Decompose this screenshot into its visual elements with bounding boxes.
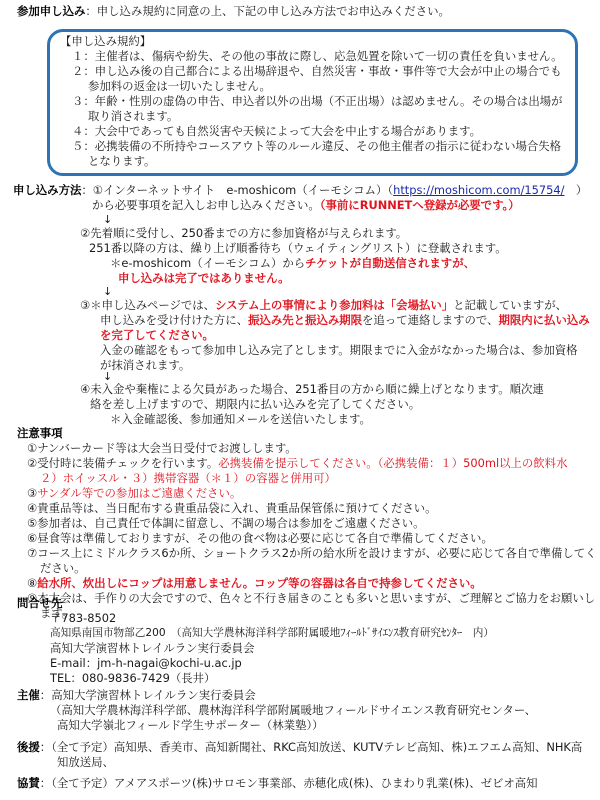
arrow-down-icon: ↓: [103, 284, 112, 299]
organizer-line1: 主催：高知大学演習林トレイルラン実行委員会: [17, 688, 256, 703]
note-9: ⑨本大会は、手作りの大会ですので、色々と不行き届きのことも多いと思いますが、ご理…: [27, 591, 595, 606]
application-line: 参加申し込み：申し込み規約に同意の上、下記の申し込み方法でお申込みください。: [17, 4, 450, 19]
terms-item-2-cont: 参加料の返金は一切いたしません。: [88, 79, 271, 94]
notes-title: 注意事項: [17, 426, 63, 441]
method-step3-line1: ③＊申し込みページでは、システム上の事情により参加料は「会場払い」と記載していま…: [80, 298, 567, 313]
method-step2-line1: ②先着順に受付し、250番までの方に参加資格が与えられます。: [80, 226, 407, 241]
note-1: ①ナンバーカード等は大会当日受付でお渡しします。: [27, 441, 297, 456]
terms-item-5-cont: となります。: [88, 154, 155, 169]
organizer-line2: （高知大学農林海洋科学部、農林海洋科学部附属暖地フィールドサイエンス教育研究セン…: [50, 703, 536, 718]
method-step3-line5: が抹消されます。: [100, 358, 190, 373]
note-3: ③サンダル等での参加はご遠慮ください。: [27, 486, 241, 501]
method-step2-line2: 251番以降の方は、繰り上げ順番待ち（ウェイティングリスト）に登載されます。: [89, 241, 507, 256]
terms-item-1: １：主催者は、傷病や紛失、その他の事故に際し、応急処置を除いて一切の責任を負いま…: [72, 49, 563, 64]
note-5: ⑤参加者は、自己責任で体調に留意し、不調の場合は参加をご遠慮ください。: [27, 516, 425, 531]
method-step2-line4: 申し込みは完了ではありません。: [118, 271, 290, 286]
note-7-cont: ださい。: [40, 561, 86, 576]
sponsor-line: 協賛：（全て予定）アメアスポーツ(株)サロモン事業部、赤穂化成(株)、ひまわり乳…: [17, 776, 538, 791]
terms-item-4-line: ４：大会中であっても自然災害や天候によって大会を中止する場合があります。: [72, 124, 481, 139]
terms-item-3-cont: 取り消されます。: [88, 109, 178, 124]
runnet-notice: （事前にRUNNETへ登録が必要です。）: [320, 198, 520, 212]
note-2-cont: ２）ホイッスル・３）携帯容器（＊１）の容器と併用可）: [40, 471, 336, 486]
note-6: ⑥昼食等は準備しておりますが、その他の食べ物は必要に応じて各自で準備してください…: [27, 531, 493, 546]
method-step3-line4: 入金の確認をもって参加申し込み完了とします。期限までに入金がなかった場合は、参加…: [100, 343, 578, 358]
note-2: ②受付時に装備チェックを行います。必携装備を提示してください。（必携装備：１）5…: [27, 456, 567, 471]
contact-postal: 〒783-8502: [50, 611, 116, 626]
method-step3-line3: を完了してください。: [100, 328, 214, 343]
note-8: ⑧給水所、炊出しにコップは用意しません。コップ等の容器は各自で持参してください。: [27, 576, 482, 591]
support-line2: 知放送局、: [57, 755, 114, 770]
note-4: ④貴重品等は、当日配布する貴重品袋に入れ、貴重品保管係に預けてください。: [27, 501, 437, 516]
method-step4-line2: 絡を差し上げますので、期限内に払い込みを完了してください。: [90, 397, 420, 412]
contact-email[interactable]: E-mail：jm-h-nagai@kochi-u.ac.jp: [50, 656, 242, 671]
application-text: ：申し込み規約に同意の上、下記の申し込み方法でお申込みください。: [85, 4, 450, 18]
note-7: ⑦コース上にミドルクラス6か所、ショートクラス2か所の給水所を設けますが、必要に…: [27, 546, 597, 561]
method-label: 申し込み方法: [13, 183, 81, 197]
contact-tel: TEL：080-9836-7429（長井）: [50, 671, 215, 686]
arrow-down-icon: ↓: [103, 212, 112, 227]
moshicom-link[interactable]: https://moshicom.com/15754/: [393, 183, 564, 197]
terms-title: 【申し込み規約】: [60, 34, 151, 49]
method-step1-line2: から必要事項を記入しお申し込みください。（事前にRUNNETへ登録が必要です。）: [92, 198, 520, 213]
terms-item-2: ２：申し込み後の自己都合による出場辞退や、自然災害・事故・事件等で大会が中止の場…: [72, 64, 562, 79]
method-step1: 申し込み方法：①インターネットサイト e-moshicom（イーモシコム）（ht…: [13, 183, 587, 198]
method-step3-line2: 申し込みを受け付けた方に、振込み先と振込み期限を追って連絡しますので、期限内に払…: [100, 313, 590, 328]
terms-item-5: ５：必携装備の不所持やコースアウト等のルール違反、その他主催者の指示に従わない場…: [72, 139, 561, 154]
terms-item-3: ３：年齢・性別の虚偽の申告、申込者以外の出場（不正出場）は認めません。その場合は…: [72, 94, 563, 109]
contact-title: 問合せ先: [17, 596, 63, 611]
method-step4-line1: ④未入金や棄権による欠員があった場合、251番目の方から順に繰上げとなります。順…: [80, 382, 544, 397]
method-step2-line3: ＊e-moshicom（イーモシコム）からチケットが自動送信されますが、: [110, 256, 475, 271]
contact-address: 高知県南国市物部乙200 （高知大学農林海洋科学部附属暖地ﾌｨｰﾙﾄﾞｻｲｴﾝｽ…: [50, 626, 494, 641]
contact-org: 高知大学演習林トレイルラン実行委員会: [50, 641, 254, 656]
application-label: 参加申し込み: [17, 4, 85, 18]
support-line1: 後援：（全て予定）高知県、香美市、高知新聞社、RKC高知放送、KUTVテレビ高知…: [17, 740, 582, 755]
organizer-line3: 高知大学嶺北フィールド学生サポーター（林業塾））: [57, 718, 324, 733]
method-step4-line3: ＊入金確認後、参加通知メールを送信いたします。: [110, 412, 371, 427]
